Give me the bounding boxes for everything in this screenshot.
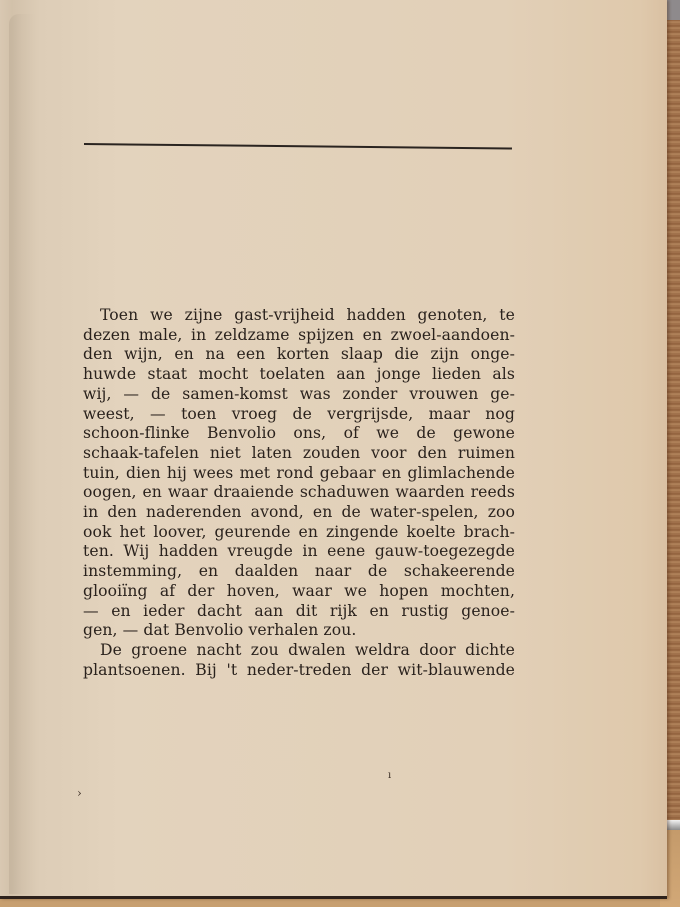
- text-line: De groene nacht zou dwalen weldra door d…: [83, 641, 515, 661]
- text-line: schoon-flinke Benvolio ons, of we de gew…: [83, 424, 515, 444]
- section-divider-rule: [84, 143, 512, 149]
- text-line: glooiïng af der hoven, waar we hopen moc…: [83, 582, 515, 602]
- ink-speck: ›: [77, 786, 82, 800]
- text-line: in den naderenden avond, en de water-spe…: [83, 503, 515, 523]
- ink-speck: ı: [388, 770, 391, 781]
- text-line: schaak-tafelen niet laten zouden voor de…: [83, 444, 515, 464]
- text-line: weest, — toen vroeg de vergrijsde, maar …: [83, 405, 515, 425]
- text-line: oogen, en waar draaiende schaduwen waard…: [83, 483, 515, 503]
- body-text: Toen we zijne gast-vrijheid hadden genot…: [83, 306, 515, 680]
- text-line: gen, — dat Benvolio verhalen zou.: [83, 621, 515, 641]
- text-line: instemming, en daalden naar de schakeere…: [83, 562, 515, 582]
- text-line: Toen we zijne gast-vrijheid hadden genot…: [83, 306, 515, 326]
- page-gutter-shadow: [9, 14, 35, 894]
- text-line: ook het loover, geurende en zingende koe…: [83, 523, 515, 543]
- text-line: dezen male, in zeldzame spijzen en zwoel…: [83, 326, 515, 346]
- text-line: wij, — de samen-komst was zonder vrouwen…: [83, 385, 515, 405]
- text-line: plantsoenen. Bij 't neder-treden der wit…: [83, 661, 515, 681]
- text-line: — en ieder dacht aan dit rijk en rustig …: [83, 602, 515, 622]
- book-page: Toen we zijne gast-vrijheid hadden genot…: [0, 0, 667, 899]
- text-line: huwde staat mocht toelaten aan jonge lie…: [83, 365, 515, 385]
- text-line: ten. Wij hadden vreugde in eene gauw-toe…: [83, 542, 515, 562]
- text-line: tuin, dien hij wees met rond gebaar en g…: [83, 464, 515, 484]
- text-line: den wijn, en na een korten slaap die zij…: [83, 345, 515, 365]
